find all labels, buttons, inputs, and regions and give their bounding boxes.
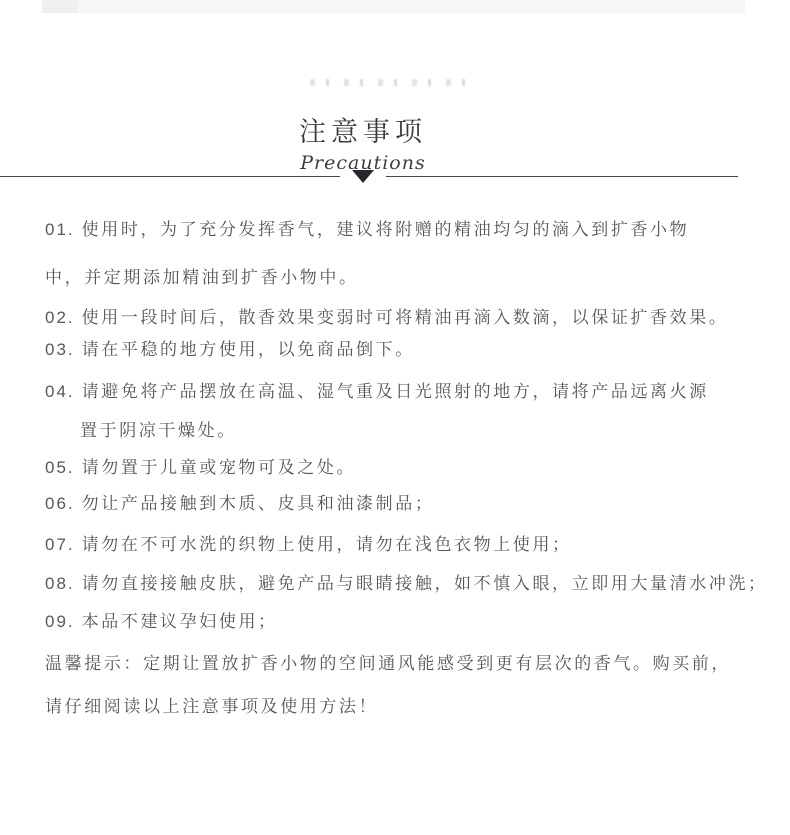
precaution-item-1-line-1: 01.使用时，为了充分发挥香气，建议将附赠的精油均匀的滴入到扩香小物 <box>45 220 689 240</box>
item-text: 请勿直接接触皮肤，避免产品与眼睛接触，如不慎入眼，立即用大量清水冲洗； <box>82 574 768 593</box>
tip-text: 请仔细阅读以上注意事项及使用方法！ <box>45 697 378 716</box>
precaution-item-5: 05.请勿置于儿童或宠物可及之处。 <box>45 458 356 478</box>
item-text: 请勿在不可水洗的织物上使用，请勿在浅色衣物上使用； <box>82 535 572 554</box>
item-number: 07. <box>45 535 75 554</box>
item-number: 01. <box>45 220 75 239</box>
warm-tip-line-1: 温馨提示：定期让置放扩香小物的空间通风能感受到更有层次的香气。购买前， <box>45 654 731 674</box>
precaution-item-7: 07.请勿在不可水洗的织物上使用，请勿在浅色衣物上使用； <box>45 535 572 555</box>
precaution-item-3: 03.请在平稳的地方使用，以免商品倒下。 <box>45 340 415 360</box>
item-text: 勿让产品接触到木质、皮具和油漆制品； <box>82 494 435 513</box>
item-text: 请勿置于儿童或宠物可及之处。 <box>82 458 356 477</box>
precaution-item-4-line-1: 04.请避免将产品摆放在高温、湿气重及日光照射的地方，请将产品远离火源 <box>45 382 709 402</box>
down-triangle-icon <box>352 170 374 183</box>
section-header: 注意事项 Precautions <box>0 110 726 174</box>
divider-triangle-wrap <box>340 169 386 185</box>
precaution-item-6: 06.勿让产品接触到木质、皮具和油漆制品； <box>45 494 434 514</box>
item-text: 使用一段时间后，散香效果变弱时可将精油再滴入数滴，以保证扩香效果。 <box>82 308 729 327</box>
page-title: 注意事项 <box>0 110 726 149</box>
faded-watermark <box>310 79 466 86</box>
item-number: 02. <box>45 308 75 327</box>
item-number: 03. <box>45 340 75 359</box>
item-text: 中，并定期添加精油到扩香小物中。 <box>45 268 359 287</box>
precaution-item-4-line-2: 置于阴凉干燥处。 <box>80 421 237 441</box>
item-number: 09. <box>45 612 75 631</box>
top-gray-strip-dark-segment <box>42 0 78 13</box>
item-number: 08. <box>45 574 75 593</box>
item-text: 使用时，为了充分发挥香气，建议将附赠的精油均匀的滴入到扩香小物 <box>82 220 690 239</box>
precaution-item-8: 08.请勿直接接触皮肤，避免产品与眼睛接触，如不慎入眼，立即用大量清水冲洗； <box>45 574 768 594</box>
warm-tip-line-2: 请仔细阅读以上注意事项及使用方法！ <box>45 697 378 717</box>
precaution-item-2: 02.使用一段时间后，散香效果变弱时可将精油再滴入数滴，以保证扩香效果。 <box>45 308 728 328</box>
top-gray-strip <box>42 0 745 13</box>
item-text: 本品不建议孕妇使用； <box>82 612 278 631</box>
item-text: 请避免将产品摆放在高温、湿气重及日光照射的地方，请将产品远离火源 <box>82 382 709 401</box>
precaution-item-1-line-2: 中，并定期添加精油到扩香小物中。 <box>45 268 359 288</box>
tip-text: 温馨提示：定期让置放扩香小物的空间通风能感受到更有层次的香气。购买前， <box>45 654 731 673</box>
item-text: 请在平稳的地方使用，以免商品倒下。 <box>82 340 415 359</box>
item-number: 05. <box>45 458 75 477</box>
precaution-item-9: 09.本品不建议孕妇使用； <box>45 612 278 632</box>
item-text: 置于阴凉干燥处。 <box>80 421 237 440</box>
item-number: 04. <box>45 382 75 401</box>
item-number: 06. <box>45 494 75 513</box>
